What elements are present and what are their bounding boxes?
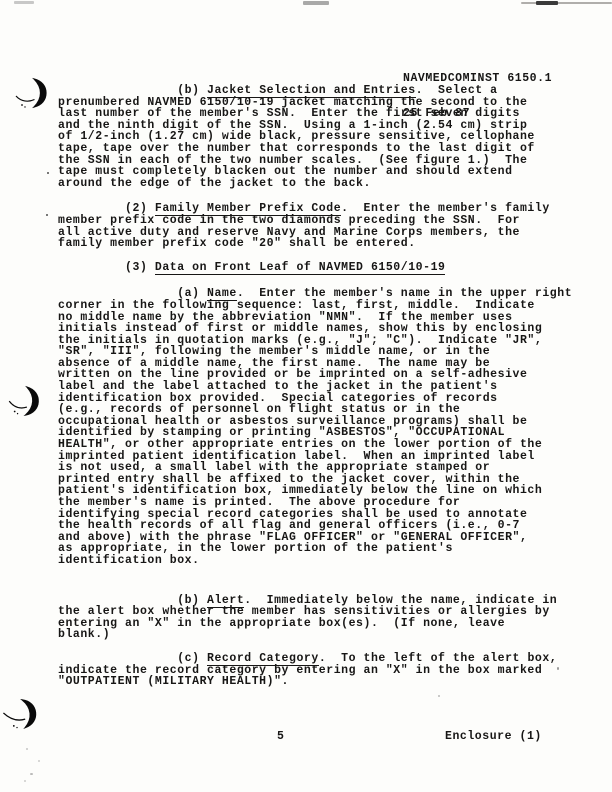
scan-speckle	[26, 748, 28, 750]
text-line: blank.)	[58, 629, 572, 641]
scan-smudge	[536, 1, 558, 5]
scan-smudge	[303, 1, 329, 5]
page-number: 5	[277, 731, 284, 743]
text-line: (3) Data on Front Leaf of NAVMED 6150/10…	[58, 262, 572, 274]
scan-smudge	[14, 1, 34, 4]
scan-speckle	[38, 760, 40, 762]
para-2-family-member-prefix: (2) Family Member Prefix Code. Enter the…	[58, 203, 572, 249]
scan-speckle	[24, 780, 26, 782]
scan-smudge	[521, 2, 612, 4]
crescent-scan-mark	[0, 695, 45, 740]
scan-speckle	[30, 773, 33, 775]
text-line: entering an "X" in the appropriate box(e…	[58, 618, 572, 630]
text-line: identification box.	[58, 555, 572, 567]
para-b-jacket-selection: (b) Jacket Selection and Entries. Select…	[58, 85, 572, 189]
enclosure-label: Enclosure (1)	[445, 731, 542, 743]
document-body: (b) Jacket Selection and Entries. Select…	[58, 85, 572, 688]
scan-speckle	[46, 214, 48, 216]
text-line: around the edge of the jacket to the bac…	[58, 178, 572, 190]
crescent-scan-mark	[13, 77, 53, 118]
para-a-name: (a) Name. Enter the member's name in the…	[58, 288, 572, 566]
para-b-alert: (b) Alert. Immediately below the name, i…	[58, 595, 572, 641]
para-c-record-category: (c) Record Category. To the left of the …	[58, 653, 572, 688]
document-page: NAVMEDCOMINST 6150.1 25 Feb 87 (b) Jacke…	[0, 0, 612, 792]
scan-speckle	[47, 172, 49, 174]
scan-speckle	[438, 695, 440, 697]
crescent-scan-mark	[4, 384, 46, 427]
text-line: "OUTPATIENT (MILITARY HEALTH)".	[58, 676, 572, 688]
heading-3-data-front-leaf: (3) Data on Front Leaf of NAVMED 6150/10…	[58, 262, 572, 274]
text-line: family member prefix code "20" shall be …	[58, 238, 572, 250]
